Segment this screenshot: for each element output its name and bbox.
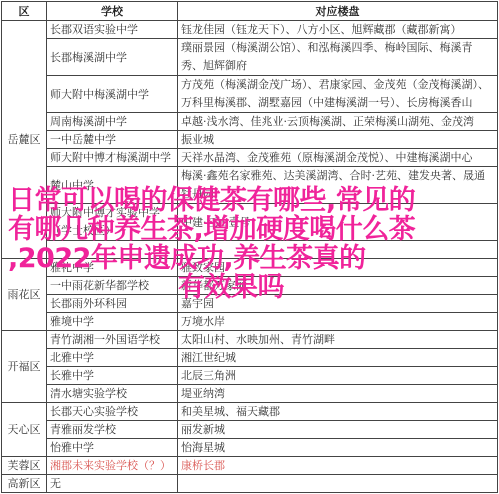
school-cell: 周南梅溪湖中学 bbox=[47, 113, 178, 131]
estates-cell: 卓越·浅水湾、佳兆业·云顶梅溪湖、正荣梅溪山湖苑、金茂湾 bbox=[178, 113, 498, 131]
headline-line: 有哪几种养生茶,增加硬度喝什么茶 bbox=[8, 215, 498, 244]
estates-cell: 丽发新城 bbox=[178, 421, 498, 439]
school-cell: 北雅中学 bbox=[47, 349, 178, 367]
estates-cell: 天祥水晶湾、金茂雅苑（原梅溪湖金茂悦）、中建梅溪湖中心 bbox=[178, 149, 498, 167]
school-cell: 无 bbox=[47, 475, 178, 493]
table-row: 天心区 长郡天心实验学校 和美星城、福天藏郡 bbox=[2, 403, 498, 421]
table-row: 清水塘实验学校 堤亚纳湾 bbox=[2, 385, 498, 403]
school-cell: 青竹湖湘一外国语学校 bbox=[47, 331, 178, 349]
table-row: 长雅中学 北辰三角洲 bbox=[2, 367, 498, 385]
estates-cell: 璞丽景园（梅溪湖公馆）、和泓梅溪四季、梅岭国际、梅溪青秀、旭辉御府 bbox=[178, 39, 498, 76]
headline-line: 日常可以喝的保健茶有哪些,常见的 bbox=[8, 186, 498, 215]
school-cell: 长郡天心实验学校 bbox=[47, 403, 178, 421]
school-cell: 长郡梅溪湖中学 bbox=[47, 39, 178, 76]
estates-cell: 北辰三角洲 bbox=[178, 367, 498, 385]
estates-cell: 方茂苑（梅溪湖金茂广场）、君康家园、金茂苑（金茂梅溪湖）、万科里梅溪郡、湖墅嘉园… bbox=[178, 76, 498, 113]
headline-line: 有效果吗 bbox=[8, 273, 498, 302]
table-header-row: 区 学校 对应楼盘 bbox=[2, 2, 498, 21]
district-cell: 开福区 bbox=[2, 331, 47, 403]
school-cell: 湘郡未来实验学校（？） bbox=[47, 457, 178, 475]
estates-cell: 振业城 bbox=[178, 131, 498, 149]
estates-cell: 康桥长郡 bbox=[178, 457, 498, 475]
school-cell: 雅境中学 bbox=[47, 313, 178, 331]
table-row: 北雅中学 湘江世纪城 bbox=[2, 349, 498, 367]
estates-cell: 万境水岸 bbox=[178, 313, 498, 331]
table-row: 雅境中学 万境水岸 bbox=[2, 313, 498, 331]
school-cell: 清水塘实验学校 bbox=[47, 385, 178, 403]
table-row: 高新区 无 bbox=[2, 475, 498, 493]
header-district: 区 bbox=[2, 2, 47, 21]
school-cell: 青雅丽发学校 bbox=[47, 421, 178, 439]
estates-cell: 怡海星城 bbox=[178, 439, 498, 457]
headline-overlay: 日常可以喝的保健茶有哪些,常见的 有哪几种养生茶,增加硬度喝什么茶 ,2022年… bbox=[8, 186, 498, 302]
estates-cell: 和美星城、福天藏郡 bbox=[178, 403, 498, 421]
school-cell: 师大附中博才梅溪湖中学 bbox=[47, 149, 178, 167]
table-row: 岳麓区 长郡双语实验中学 钰龙佳园（钰龙天下）、八方小区、旭辉藏郡（藏郡新寓） bbox=[2, 21, 498, 39]
table-row: 开福区 青竹湖湘一外国语学校 太阳山村、水映加州、青竹湖畔 bbox=[2, 331, 498, 349]
school-cell: 一中岳麓中学 bbox=[47, 131, 178, 149]
table-row: 师大附中博才梅溪湖中学 天祥水晶湾、金茂雅苑（原梅溪湖金茂悦）、中建梅溪湖中心 bbox=[2, 149, 498, 167]
headline-line: ,2022年申遗成功,养生茶真的 bbox=[8, 244, 498, 273]
table-row: 芙蓉区 湘郡未来实验学校（？） 康桥长郡 bbox=[2, 457, 498, 475]
district-cell: 高新区 bbox=[2, 475, 47, 493]
school-cell: 师大附中梅溪湖中学 bbox=[47, 76, 178, 113]
estates-cell: 钰龙佳园（钰龙天下）、八方小区、旭辉藏郡（藏郡新寓） bbox=[178, 21, 498, 39]
school-cell: 长雅中学 bbox=[47, 367, 178, 385]
estates-cell: 湘江世纪城 bbox=[178, 349, 498, 367]
estates-cell: 堤亚纳湾 bbox=[178, 385, 498, 403]
table-row: 一中岳麓中学 振业城 bbox=[2, 131, 498, 149]
table-row: 师大附中梅溪湖中学 方茂苑（梅溪湖金茂广场）、君康家园、金茂苑（金茂梅溪湖）、万… bbox=[2, 76, 498, 113]
table-row: 长郡梅溪湖中学 璞丽景园（梅溪湖公馆）、和泓梅溪四季、梅岭国际、梅溪青秀、旭辉御… bbox=[2, 39, 498, 76]
header-school: 学校 bbox=[47, 2, 178, 21]
table-row: 周南梅溪湖中学 卓越·浅水湾、佳兆业·云顶梅溪湖、正荣梅溪山湖苑、金茂湾 bbox=[2, 113, 498, 131]
school-cell: 长郡双语实验中学 bbox=[47, 21, 178, 39]
table-row: 怡雅中学 怡海星城 bbox=[2, 439, 498, 457]
district-cell: 天心区 bbox=[2, 403, 47, 457]
district-cell: 芙蓉区 bbox=[2, 457, 47, 475]
header-estates: 对应楼盘 bbox=[178, 2, 498, 21]
school-cell: 怡雅中学 bbox=[47, 439, 178, 457]
estates-cell bbox=[178, 475, 498, 493]
estates-cell: 太阳山村、水映加州、青竹湖畔 bbox=[178, 331, 498, 349]
table-row: 青雅丽发学校 丽发新城 bbox=[2, 421, 498, 439]
